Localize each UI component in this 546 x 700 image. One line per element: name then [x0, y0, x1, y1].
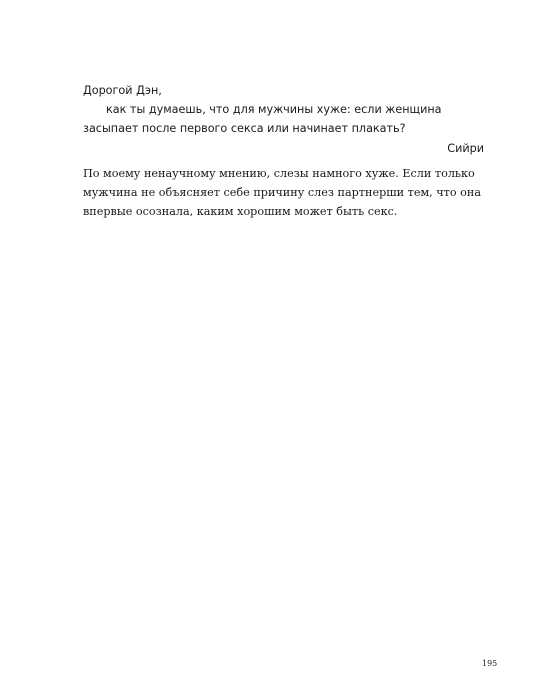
letter-salutation: Дорогой Дэн,	[83, 81, 484, 100]
page-number: 195	[482, 659, 497, 668]
letter-signature: Сийри	[83, 139, 484, 158]
letter-body: как ты думаешь, что для мужчины хуже: ес…	[83, 100, 484, 138]
reader-letter: Дорогой Дэн, как ты думаешь, что для муж…	[83, 81, 484, 158]
columnist-answer: По моему ненаучному мнению, слезы намног…	[83, 164, 488, 221]
